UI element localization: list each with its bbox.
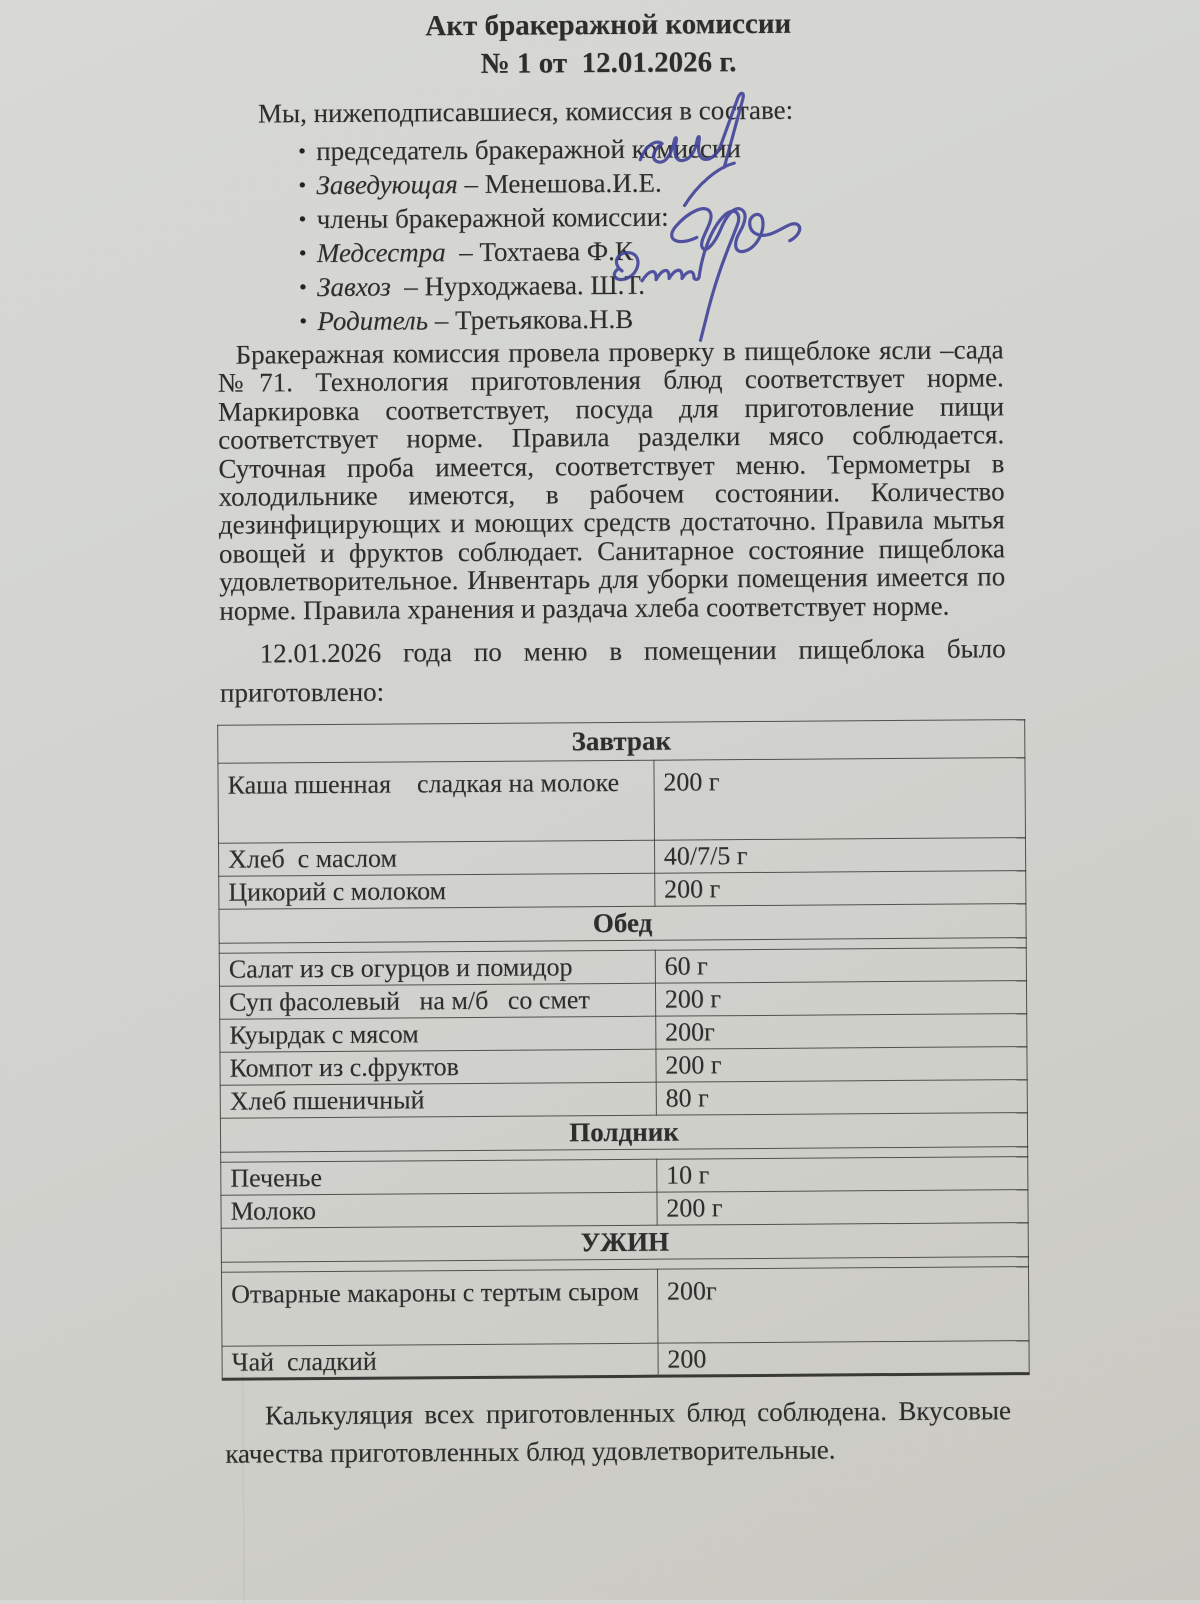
menu-intro-paragraph: 12.01.2026 года по меню в помещении пище… — [220, 629, 1007, 712]
dish-cell: Цикорий с молоком — [219, 873, 655, 909]
menu-row: Куырдак с мясом 200г — [220, 1014, 1027, 1053]
menu-row: Каша пшенная сладкая на молоке 200 г — [218, 758, 1026, 844]
member-list: • председатель бракеражной комиссии • За… — [216, 131, 1003, 340]
document-body: Акт бракеражной комиссии № 1 от 12.01.20… — [215, 5, 1011, 1473]
member-role: Заведующая — [316, 169, 458, 200]
dish-cell: Суп фасолевый на м/б со смет — [219, 983, 655, 1019]
qty-cell: 200 г — [655, 981, 1026, 1017]
list-item: • председатель бракеражной комиссии — [216, 131, 1002, 170]
list-item: • Медсестра – Тохтаева Ф.К — [217, 233, 1003, 272]
bullet-dot-icon: • — [299, 274, 317, 300]
dish-cell: Хлеб с маслом — [218, 840, 654, 876]
list-item: • Завхоз – Нурходжаева. Ш.Т. — [217, 267, 1003, 306]
menu-row: Хлеб с маслом 40/7/5 г — [218, 838, 1025, 877]
qty-cell: 40/7/5 г — [654, 838, 1025, 874]
menu-row: Цикорий с молоком 200 г — [219, 871, 1026, 910]
dish-cell: Куырдак с мясом — [220, 1016, 656, 1052]
menu-row: Компот из с.фруктов 200 г — [220, 1047, 1027, 1086]
section-header-label: Завтрак — [218, 720, 1025, 764]
page-title: Акт бракеражной комиссии — [215, 5, 1001, 44]
conclusion-line: качества приготовленных блюд удовлетвори… — [225, 1429, 1011, 1472]
qty-cell: 10 г — [656, 1157, 1027, 1193]
conclusion-line: Калькуляция всех приготовленных блюд соб… — [225, 1391, 1011, 1434]
member-role: Завхоз — [317, 272, 391, 303]
commission-intro: Мы, нижеподписавшиеся, комиссия в состав… — [258, 93, 1002, 128]
member-text: – Нурходжаева. Ш.Т. — [391, 270, 645, 302]
member-role: Медсестра — [317, 237, 446, 268]
section-header-label: УЖИН — [221, 1223, 1028, 1263]
dish-cell: Молоко — [221, 1192, 657, 1228]
qty-cell: 200г — [657, 1267, 1029, 1344]
dish-cell: Отварные макароны с тертым сыром — [221, 1269, 657, 1346]
section-header-snack: Полдник — [220, 1113, 1027, 1153]
dish-cell: Чай сладкий — [222, 1343, 658, 1379]
inspection-paragraph: Бракеражная комиссия провела проверку в … — [217, 335, 1005, 625]
member-text: – Тохтаева Ф.К — [446, 236, 633, 267]
menu-row: Печенье 10 г — [221, 1157, 1028, 1196]
qty-cell: 80 г — [656, 1080, 1027, 1116]
menu-row: Салат из св огурцов и помидор 60 г — [219, 948, 1026, 987]
dish-cell: Салат из св огурцов и помидор — [219, 950, 655, 986]
section-header-lunch: Обед — [219, 904, 1026, 944]
qty-cell: 200 — [658, 1341, 1029, 1377]
qty-cell: 200 г — [656, 1047, 1027, 1083]
dish-cell: Хлеб пшеничный — [220, 1082, 656, 1118]
menu-intro-line: приготовлено: — [220, 668, 1006, 712]
qty-cell: 200 г — [654, 871, 1025, 907]
page-subtitle: № 1 от 12.01.2026 г. — [215, 43, 1001, 82]
member-text: председатель бракеражной комиссии — [316, 133, 741, 166]
list-item: • Заведующая – Менешова.И.Е. — [216, 165, 1002, 204]
qty-cell: 200 г — [657, 1190, 1028, 1226]
menu-intro-line: 12.01.2026 года по меню в помещении пище… — [220, 629, 1006, 673]
section-header-breakfast: Завтрак — [218, 720, 1025, 764]
dish-cell: Печенье — [221, 1159, 657, 1195]
member-text: – Третьякова.Н.В — [428, 304, 633, 335]
dish-cell: Компот из с.фруктов — [220, 1049, 656, 1085]
document-sheet: Акт бракеражной комиссии № 1 от 12.01.20… — [0, 0, 1200, 1600]
menu-row: Чай сладкий 200 — [222, 1341, 1029, 1380]
conclusion-paragraph: Калькуляция всех приготовленных блюд соб… — [225, 1391, 1012, 1472]
menu-row: Молоко 200 г — [221, 1190, 1028, 1229]
qty-cell: 60 г — [655, 948, 1026, 984]
qty-cell: 200 г — [654, 758, 1026, 841]
section-header-label: Обед — [219, 904, 1026, 944]
list-item: • члены бракеражной комиссии: — [217, 199, 1003, 238]
member-text: члены бракеражной комиссии: — [317, 202, 669, 234]
bullet-dot-icon: • — [298, 138, 316, 164]
section-header-dinner: УЖИН — [221, 1223, 1028, 1263]
section-header-label: Полдник — [220, 1113, 1027, 1153]
bullet-dot-icon: • — [299, 308, 317, 334]
bullet-dot-icon: • — [299, 240, 317, 266]
member-role: Родитель — [317, 305, 428, 336]
dish-cell: Каша пшенная сладкая на молоке — [218, 760, 654, 843]
member-text: – Менешова.И.Е. — [458, 168, 662, 199]
bullet-dot-icon: • — [298, 172, 316, 198]
menu-table: Завтрак Каша пшенная сладкая на молоке 2… — [217, 719, 1030, 1381]
qty-cell: 200г — [655, 1014, 1026, 1050]
bullet-dot-icon: • — [299, 206, 317, 232]
menu-row: Хлеб пшеничный 80 г — [220, 1080, 1027, 1119]
menu-row: Отварные макароны с тертым сыром 200г — [221, 1267, 1028, 1347]
menu-row: Суп фасолевый на м/б со смет 200 г — [219, 981, 1026, 1020]
